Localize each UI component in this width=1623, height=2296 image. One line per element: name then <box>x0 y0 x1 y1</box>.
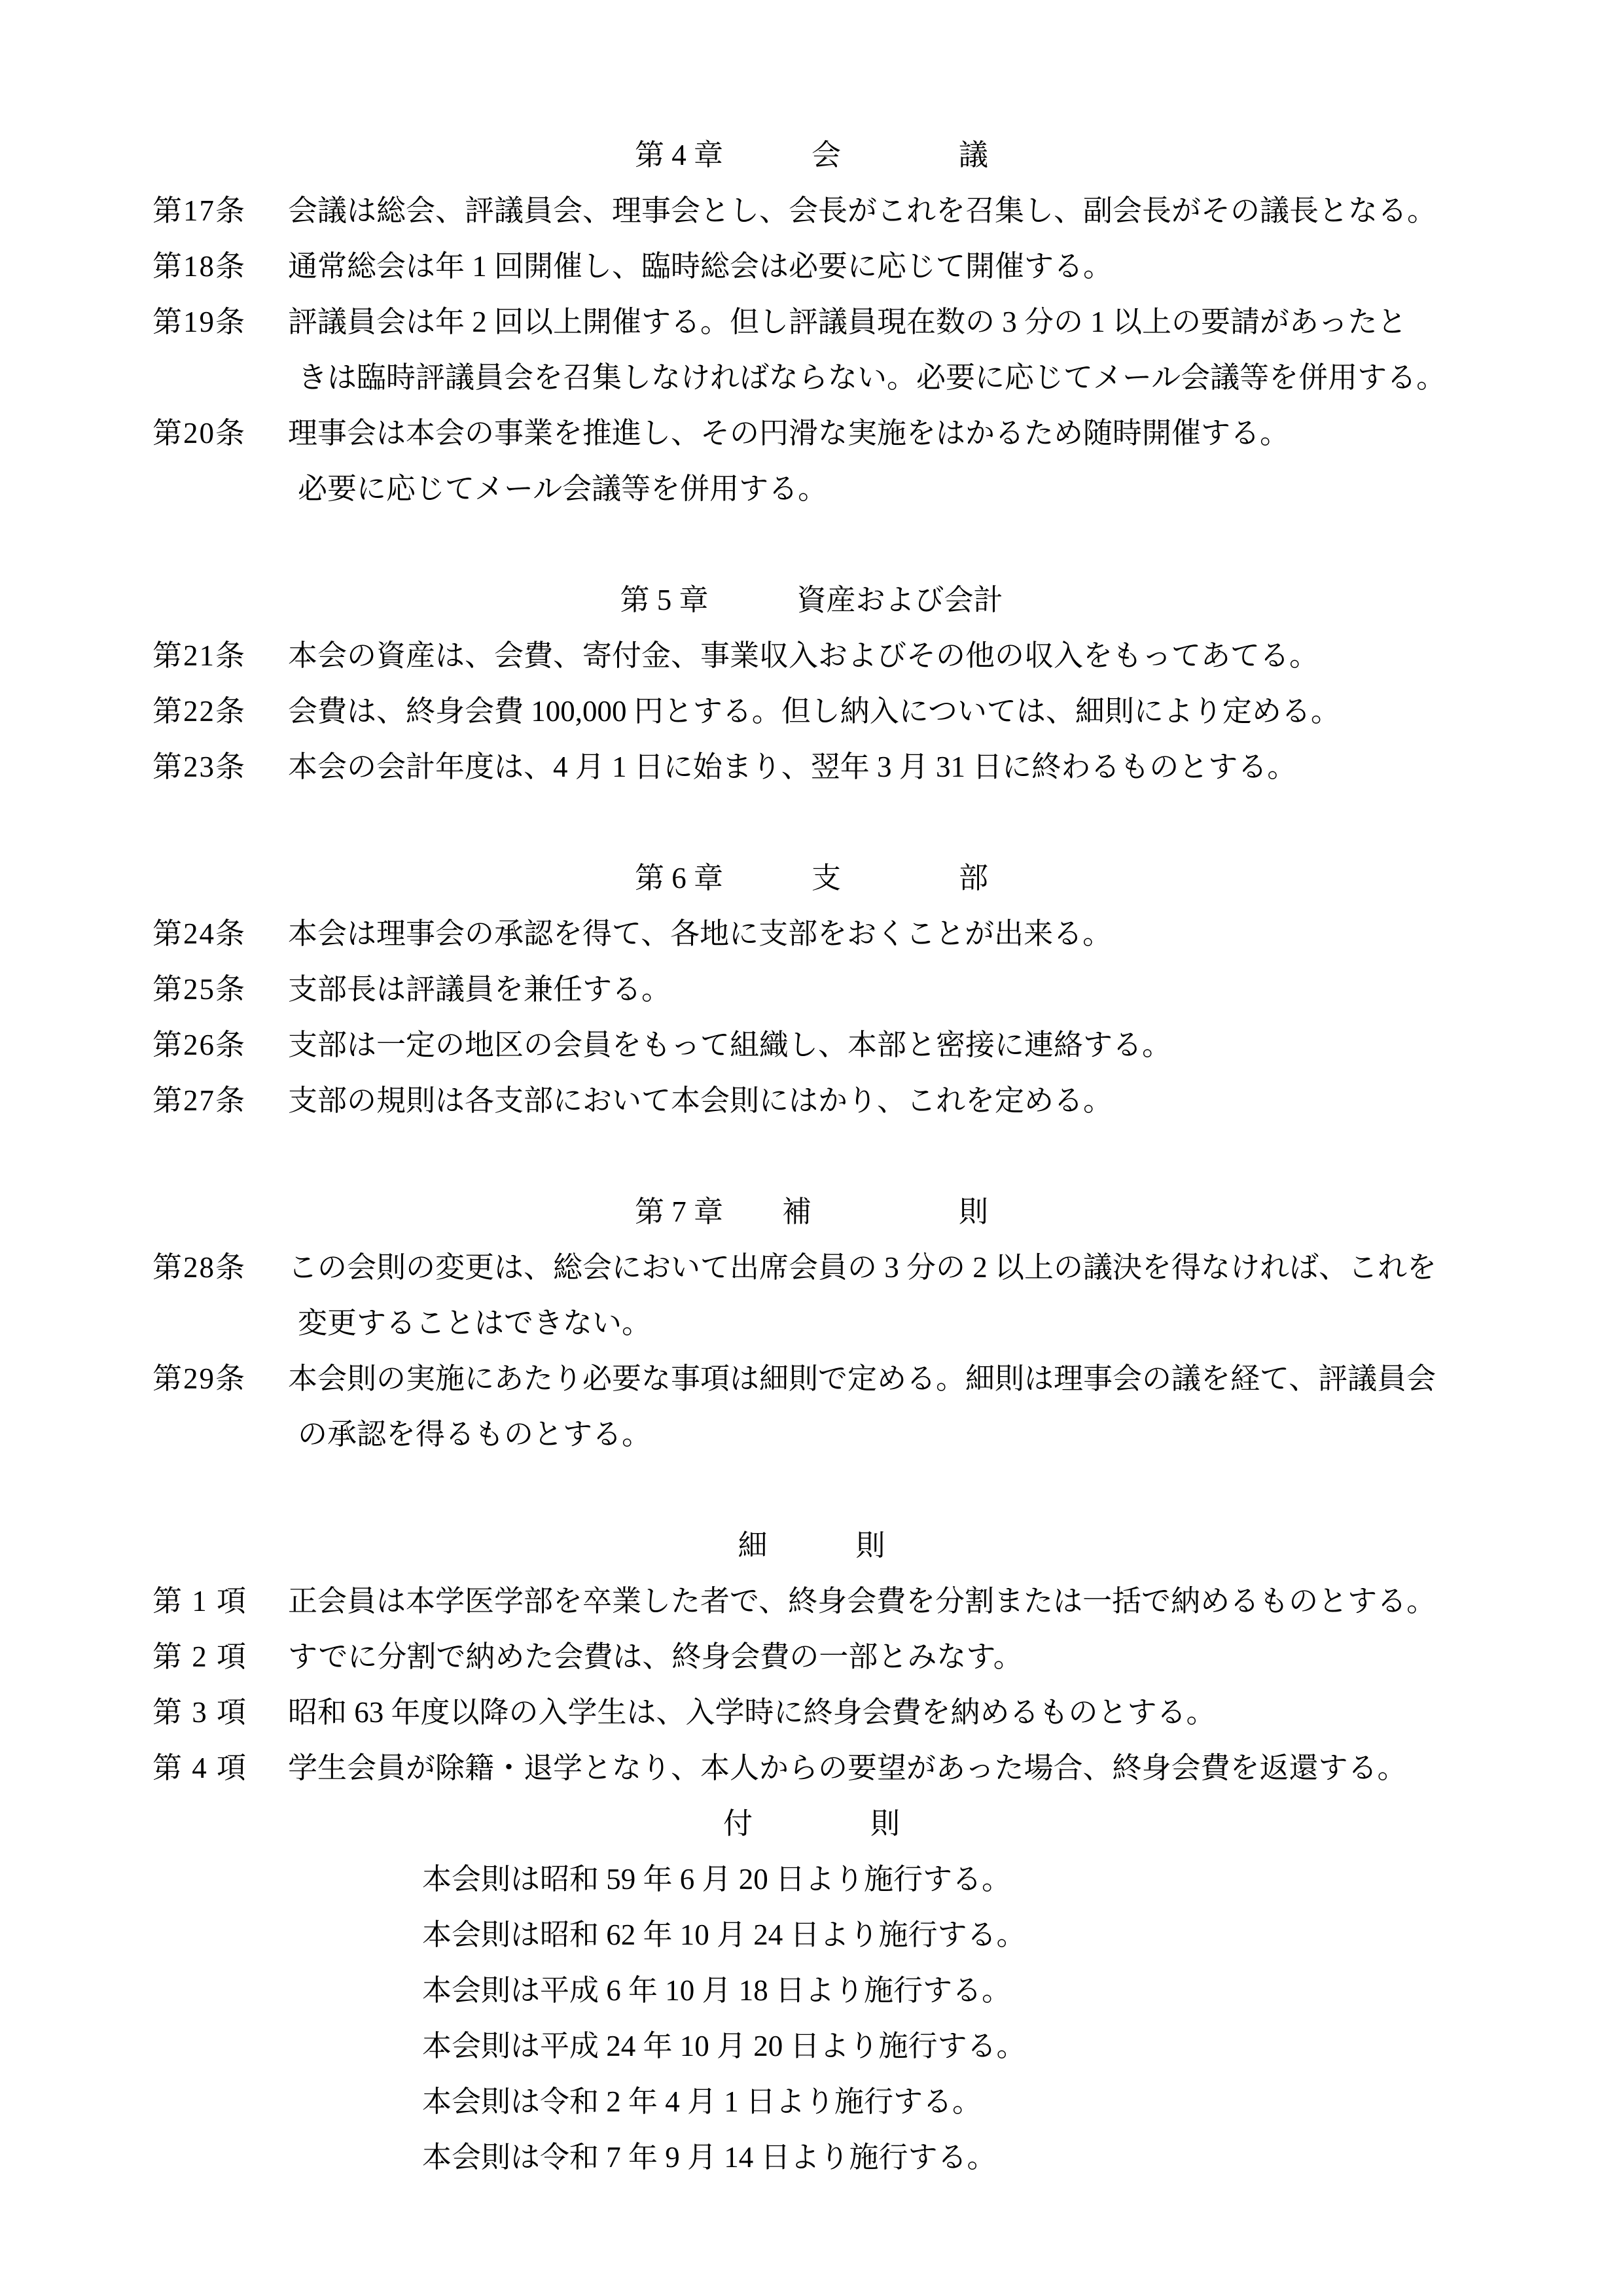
article-27-label: 第27条 <box>152 1073 288 1129</box>
blank-line-12 <box>0 795 1623 851</box>
detailed-rule-item-1: 第 1 項正会員は本学医学部を卒業した者で、終身会費を分割または一括で納めるもの… <box>0 1574 1623 1629</box>
chapter-6-heading: 第 6 章 支 部 <box>0 851 1623 906</box>
detailed-rule-item-2-label: 第 2 項 <box>152 1629 288 1685</box>
article-23: 第23条本会の会計年度は、4 月 1 日に始まり、翌年 3 月 31 日に終わる… <box>0 739 1623 795</box>
detailed-rule-item-2-text: すでに分割で納めた会費は、終身会費の一部とみなす。 <box>288 1640 1023 1673</box>
article-28-label: 第28条 <box>152 1240 288 1296</box>
blank-line-18 <box>0 1129 1623 1184</box>
article-19-text: 評議員会は年 2 回以上開催する。但し評議員現在数の 3 分の 1 以上の要請が… <box>288 306 1407 338</box>
supplementary-provision-1: 本会則は昭和 59 年 6 月 20 日より施行する。 <box>0 1852 1623 1907</box>
blank-line-24 <box>0 1462 1623 1518</box>
article-29-text: 本会則の実施にあたり必要な事項は細則で定める。細則は理事会の議を経て、評議員会 <box>288 1362 1436 1395</box>
chapter-5-heading: 第 5 章 資産および会計 <box>0 573 1623 628</box>
article-19-continuation: きは臨時評議員会を召集しなければならない。必要に応じてメール会議等を併用する。 <box>0 350 1623 406</box>
article-24-label: 第24条 <box>152 906 288 962</box>
article-24: 第24条本会は理事会の承認を得て、各地に支部をおくことが出来る。 <box>0 906 1623 962</box>
detailed-rule-item-3-label: 第 3 項 <box>152 1685 288 1740</box>
article-23-text: 本会の会計年度は、4 月 1 日に始まり、翌年 3 月 31 日に終わるものとす… <box>288 751 1296 783</box>
article-21-text: 本会の資産は、会費、寄付金、事業収入およびその他の収入をもってあてる。 <box>288 639 1319 672</box>
detailed-rule-item-3-text: 昭和 63 年度以降の入学生は、入学時に終身会費を納めるものとする。 <box>288 1696 1216 1729</box>
detailed-rule-item-2: 第 2 項すでに分割で納めた会費は、終身会費の一部とみなす。 <box>0 1629 1623 1685</box>
article-28: 第28条この会則の変更は、総会において出席会員の 3 分の 2 以上の議決を得な… <box>0 1240 1623 1296</box>
blank-line-7 <box>0 517 1623 573</box>
article-18-text: 通常総会は年 1 回開催し、臨時総会は必要に応じて開催する。 <box>288 250 1113 283</box>
article-25: 第25条支部長は評議員を兼任する。 <box>0 962 1623 1017</box>
article-24-text: 本会は理事会の承認を得て、各地に支部をおくことが出来る。 <box>288 917 1112 950</box>
article-21-label: 第21条 <box>152 628 288 684</box>
article-29: 第29条本会則の実施にあたり必要な事項は細則で定める。細則は理事会の議を経て、評… <box>0 1351 1623 1407</box>
detailed-rule-item-4: 第 4 項学生会員が除籍・退学となり、本人からの要望があった場合、終身会費を返還… <box>0 1740 1623 1796</box>
article-26: 第26条支部は一定の地区の会員をもって組織し、本部と密接に連絡する。 <box>0 1017 1623 1073</box>
article-25-text: 支部長は評議員を兼任する。 <box>288 973 671 1006</box>
detailed-rule-item-4-text: 学生会員が除籍・退学となり、本人からの要望があった場合、終身会費を返還する。 <box>288 1752 1407 1784</box>
article-22-label: 第22条 <box>152 684 288 739</box>
document-page: 第 4 章 会 議第17条会議は総会、評議員会、理事会とし、会長がこれを召集し、… <box>0 0 1623 2296</box>
article-21: 第21条本会の資産は、会費、寄付金、事業収入およびその他の収入をもってあてる。 <box>0 628 1623 684</box>
detailed-rule-item-3: 第 3 項昭和 63 年度以降の入学生は、入学時に終身会費を納めるものとする。 <box>0 1685 1623 1740</box>
article-27-text: 支部の規則は各支部において本会則にはかり、これを定める。 <box>288 1084 1113 1117</box>
supplementary-provision-5: 本会則は令和 2 年 4 月 1 日より施行する。 <box>0 2074 1623 2130</box>
article-23-label: 第23条 <box>152 739 288 795</box>
article-29-continuation: の承認を得るものとする。 <box>0 1407 1623 1462</box>
article-26-text: 支部は一定の地区の会員をもって組織し、本部と密接に連絡する。 <box>288 1029 1171 1061</box>
supplementary-provision-4: 本会則は平成 24 年 10 月 20 日より施行する。 <box>0 2019 1623 2074</box>
article-17: 第17条会議は総会、評議員会、理事会とし、会長がこれを召集し、副会長がその議長と… <box>0 183 1623 239</box>
detailed-rule-item-1-text: 正会員は本学医学部を卒業した者で、終身会費を分割または一括で納めるものとする。 <box>288 1585 1436 1617</box>
article-18-label: 第18条 <box>152 239 288 294</box>
article-20-text: 理事会は本会の事業を推進し、その円滑な実施をはかるため随時開催する。 <box>288 417 1289 450</box>
article-20-continuation: 必要に応じてメール会議等を併用する。 <box>0 461 1623 517</box>
article-19-label: 第19条 <box>152 294 288 350</box>
article-26-label: 第26条 <box>152 1017 288 1073</box>
supplementary-provision-2: 本会則は昭和 62 年 10 月 24 日より施行する。 <box>0 1907 1623 1963</box>
supplementary-provisions-heading: 付 則 <box>0 1796 1623 1852</box>
document-body: 第 4 章 会 議第17条会議は総会、評議員会、理事会とし、会長がこれを召集し、… <box>0 128 1623 2185</box>
article-17-label: 第17条 <box>152 183 288 239</box>
article-22: 第22条会費は、終身会費 100,000 円とする。但し納入については、細則によ… <box>0 684 1623 739</box>
article-20-label: 第20条 <box>152 406 288 461</box>
article-20: 第20条理事会は本会の事業を推進し、その円滑な実施をはかるため随時開催する。 <box>0 406 1623 461</box>
detailed-rule-item-1-label: 第 1 項 <box>152 1574 288 1629</box>
chapter-7-heading: 第 7 章 補 則 <box>0 1184 1623 1240</box>
detailed-rule-item-4-label: 第 4 項 <box>152 1740 288 1796</box>
detailed-rules-heading: 細 則 <box>0 1518 1623 1574</box>
supplementary-provision-6: 本会則は令和 7 年 9 月 14 日より施行する。 <box>0 2130 1623 2185</box>
chapter-4-heading: 第 4 章 会 議 <box>0 128 1623 183</box>
article-25-label: 第25条 <box>152 962 288 1017</box>
article-27: 第27条支部の規則は各支部において本会則にはかり、これを定める。 <box>0 1073 1623 1129</box>
article-28-continuation: 変更することはできない。 <box>0 1296 1623 1351</box>
article-22-text: 会費は、終身会費 100,000 円とする。但し納入については、細則により定める… <box>288 695 1340 728</box>
article-28-text: この会則の変更は、総会において出席会員の 3 分の 2 以上の議決を得なければ、… <box>288 1251 1436 1284</box>
article-17-text: 会議は総会、評議員会、理事会とし、会長がこれを召集し、副会長がその議長となる。 <box>288 194 1436 227</box>
article-18: 第18条通常総会は年 1 回開催し、臨時総会は必要に応じて開催する。 <box>0 239 1623 294</box>
supplementary-provision-3: 本会則は平成 6 年 10 月 18 日より施行する。 <box>0 1963 1623 2019</box>
article-29-label: 第29条 <box>152 1351 288 1407</box>
article-19: 第19条評議員会は年 2 回以上開催する。但し評議員現在数の 3 分の 1 以上… <box>0 294 1623 350</box>
